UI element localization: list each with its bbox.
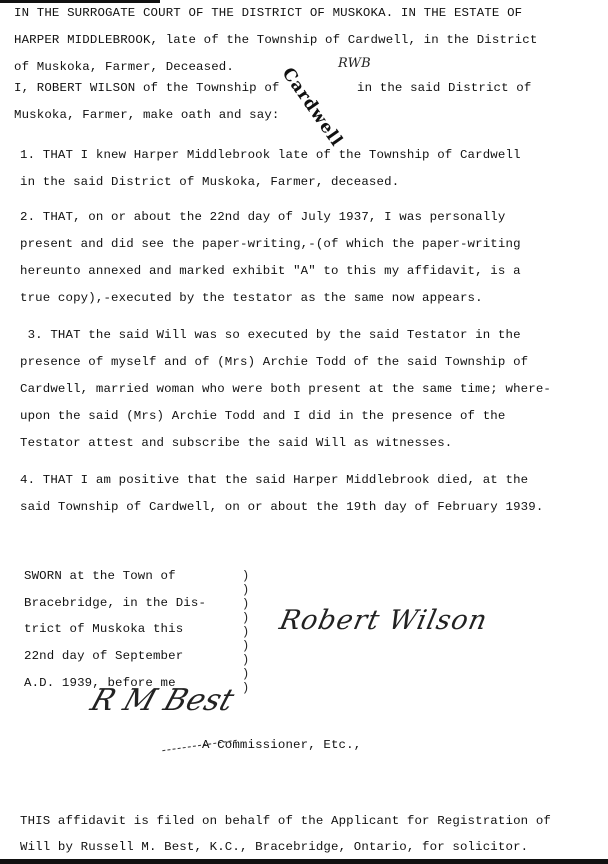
jurat-bracket: )	[242, 583, 249, 597]
jurat-bracket: )	[242, 625, 249, 639]
scan-edge-top	[0, 0, 160, 3]
paragraph-1-line: in the said District of Muskoka, Farmer,…	[20, 175, 399, 189]
paragraph-2-line: true copy),-executed by the testator as …	[20, 291, 483, 305]
heading-line: of Muskoka, Farmer, Deceased.	[14, 60, 234, 74]
jurat-bracket: )	[242, 639, 249, 653]
commissioner-signature: R M Best	[86, 683, 238, 718]
paragraph-1-line: 1. THAT I knew Harper Middlebrook late o…	[20, 148, 521, 162]
scan-edge-bottom	[0, 859, 608, 864]
intro-line: I, ROBERT WILSON of the Township of	[14, 81, 280, 95]
jurat-bracket: )	[242, 681, 249, 695]
paragraph-3-line: Testator attest and subscribe the said W…	[20, 436, 452, 450]
jurat-bracket: )	[242, 667, 249, 681]
jurat-line: Bracebridge, in the Dis-	[24, 596, 206, 610]
intro-line: Muskoka, Farmer, make oath and say:	[14, 108, 280, 122]
paragraph-2-line: 2. THAT, on or about the 22nd day of Jul…	[20, 210, 505, 224]
jurat-line: 22nd day of September	[24, 649, 183, 663]
affidavit-page: IN THE SURROGATE COURT OF THE DISTRICT O…	[0, 0, 608, 864]
footer-line: Will by Russell M. Best, K.C., Bracebrid…	[20, 840, 528, 854]
paragraph-2-line: hereunto annexed and marked exhibit "A" …	[20, 264, 521, 278]
paragraph-3-line: presence of myself and of (Mrs) Archie T…	[20, 355, 528, 369]
stamp-initials: RWB	[338, 56, 371, 71]
jurat-line: trict of Muskoka this	[24, 622, 183, 636]
commissioner-title: A Commissioner, Etc.,	[202, 738, 361, 752]
heading-line: IN THE SURROGATE COURT OF THE DISTRICT O…	[14, 6, 522, 20]
jurat-bracket: )	[242, 569, 249, 583]
intro-line: in the said District of	[357, 81, 531, 95]
heading-line: HARPER MIDDLEBROOK, late of the Township…	[14, 33, 537, 47]
jurat-bracket: )	[242, 597, 249, 611]
deponent-signature: Robert Wilson	[277, 605, 491, 636]
footer-line: THIS affidavit is filed on behalf of the…	[20, 814, 551, 828]
paragraph-3-line: upon the said (Mrs) Archie Todd and I di…	[20, 409, 505, 423]
township-stamp: Cardwell	[278, 64, 347, 151]
paragraph-4-line: 4. THAT I am positive that the said Harp…	[20, 473, 528, 487]
paragraph-4-line: said Township of Cardwell, on or about t…	[20, 500, 543, 514]
paragraph-3-line: Cardwell, married woman who were both pr…	[20, 382, 551, 396]
paragraph-2-line: present and did see the paper-writing,-(…	[20, 237, 521, 251]
jurat-line: SWORN at the Town of	[24, 569, 176, 583]
paragraph-3-line: 3. THAT the said Will was so executed by…	[20, 328, 521, 342]
jurat-bracket: )	[242, 653, 249, 667]
jurat-bracket: )	[242, 611, 249, 625]
